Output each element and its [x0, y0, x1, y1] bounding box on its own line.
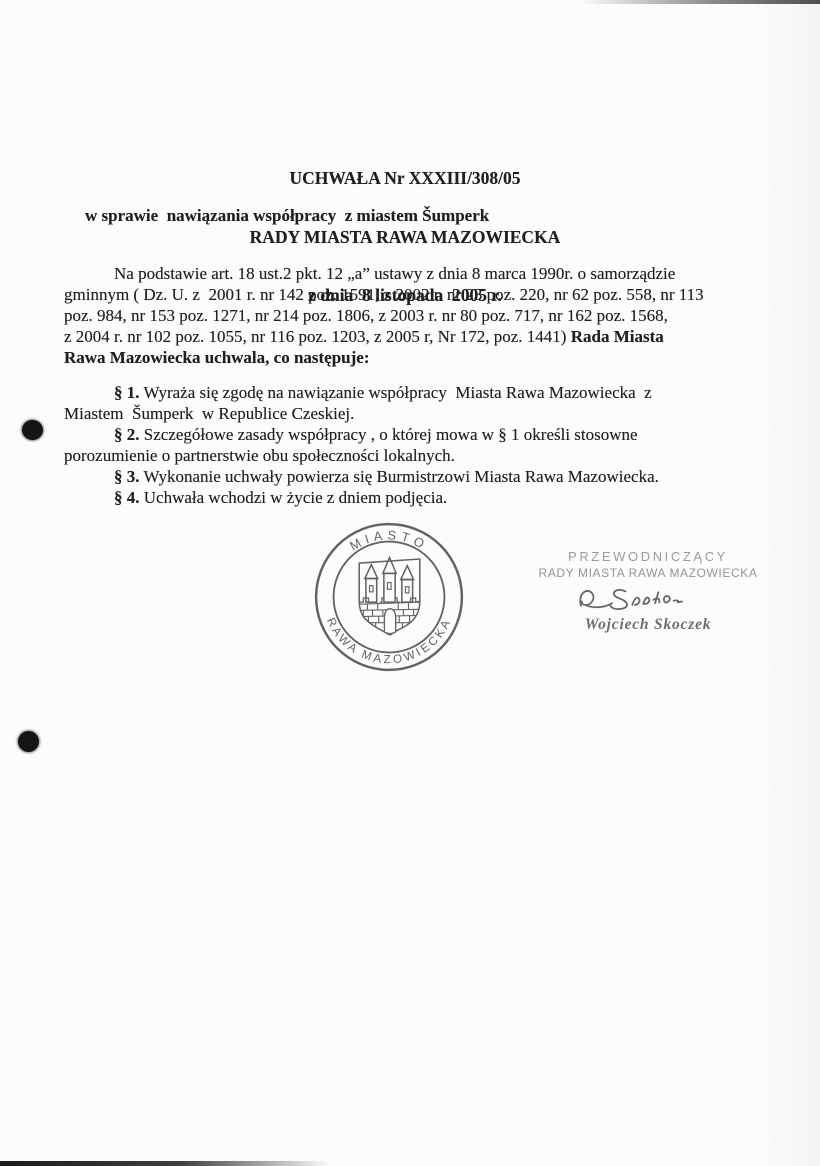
body-line: Na podstawie art. 18 ust.2 pkt. 12 „a” u… [64, 263, 704, 284]
section-text: Szczegółowe zasady współpracy , o której… [140, 425, 638, 444]
section-text: Miastem Šumperk w Republice Czeskiej. [64, 404, 354, 423]
section-text: Wyraża się zgodę na nawiązanie współprac… [140, 383, 652, 402]
section-2-line: § 2. Szczegółowe zasady współpracy , o k… [64, 424, 659, 445]
signature-block: PRZEWODNICZĄCY RADY MIASTA RAWA MAZOWIEC… [538, 549, 758, 634]
section-text: porozumienie o partnerstwie obu społeczn… [64, 446, 455, 465]
title-line-council: RADY MIASTA RAWA MAZOWIECKA [250, 228, 561, 248]
body-text: poz. 984, nr 153 poz. 1271, nr 214 poz. … [64, 306, 668, 325]
signer-role-line2: RADY MIASTA RAWA MAZOWIECKA [538, 566, 758, 580]
body-line: Rawa Mazowiecka uchwala, co następuje: [64, 347, 704, 368]
body-line: poz. 984, nr 153 poz. 1271, nr 214 poz. … [64, 305, 704, 326]
section-marker: § 1. [114, 383, 140, 402]
section-1-line: § 1. Wyraża się zgodę na nawiązanie wspó… [64, 382, 659, 403]
title-line-number: UCHWAŁA Nr XXXIII/308/05 [250, 169, 561, 189]
section-marker: § 3. [114, 467, 140, 486]
subject-line: w sprawie nawiązania współpracy z miaste… [85, 206, 489, 226]
resolution-sections: § 1. Wyraża się zgodę na nawiązanie wspó… [64, 382, 659, 508]
section-marker: § 4. [114, 488, 140, 507]
body-text-bold: Rada Miasta [571, 327, 664, 346]
binder-hole-mark [18, 731, 39, 752]
body-text: Na podstawie art. 18 ust.2 pkt. 12 „a” u… [114, 264, 675, 283]
body-text: gminnym ( Dz. U. z 2001 r. nr 142 poz. 1… [64, 285, 704, 304]
body-line: z 2004 r. nr 102 poz. 1055, nr 116 poz. … [64, 326, 704, 347]
body-text: z 2004 r. nr 102 poz. 1055, nr 116 poz. … [64, 327, 571, 346]
section-marker: § 2. [114, 425, 140, 444]
signer-name: Wojciech Skoczek [538, 616, 758, 634]
scan-edge-shading [750, 0, 820, 1166]
scan-artifact-top-right [580, 0, 820, 4]
scanned-document-page: UCHWAŁA Nr XXXIII/308/05 RADY MIASTA RAW… [0, 0, 820, 1166]
section-3-line: § 3. Wykonanie uchwały powierza się Burm… [64, 466, 659, 487]
section-text: Wykonanie uchwały powierza się Burmistrz… [140, 467, 659, 486]
body-line: gminnym ( Dz. U. z 2001 r. nr 142 poz. 1… [64, 284, 704, 305]
gate [384, 609, 395, 634]
body-text-bold: Rawa Mazowiecka uchwala, co następuje: [64, 348, 370, 367]
seal-rings [316, 524, 462, 670]
binder-hole-mark [21, 419, 45, 442]
section-2-line: porozumienie o partnerstwie obu społeczn… [64, 445, 659, 466]
tower-left [365, 565, 378, 602]
tower-right [401, 566, 414, 602]
municipal-seal-stamp: MIASTO RAWA MAZOWIECKA [312, 520, 466, 674]
section-1-line: Miastem Šumperk w Republice Czeskiej. [64, 403, 659, 424]
tower-middle [383, 557, 396, 602]
signer-role-line1: PRZEWODNICZĄCY [538, 549, 758, 564]
scan-artifact-bottom-left [0, 1161, 330, 1166]
seal-coat-of-arms [359, 557, 420, 635]
section-4-line: § 4. Uchwała wchodzi w życie z dniem pod… [64, 487, 659, 508]
handwritten-signature [572, 583, 696, 615]
section-text: Uchwała wchodzi w życie z dniem podjęcia… [140, 488, 448, 507]
legal-basis-paragraph: Na podstawie art. 18 ust.2 pkt. 12 „a” u… [64, 263, 704, 368]
